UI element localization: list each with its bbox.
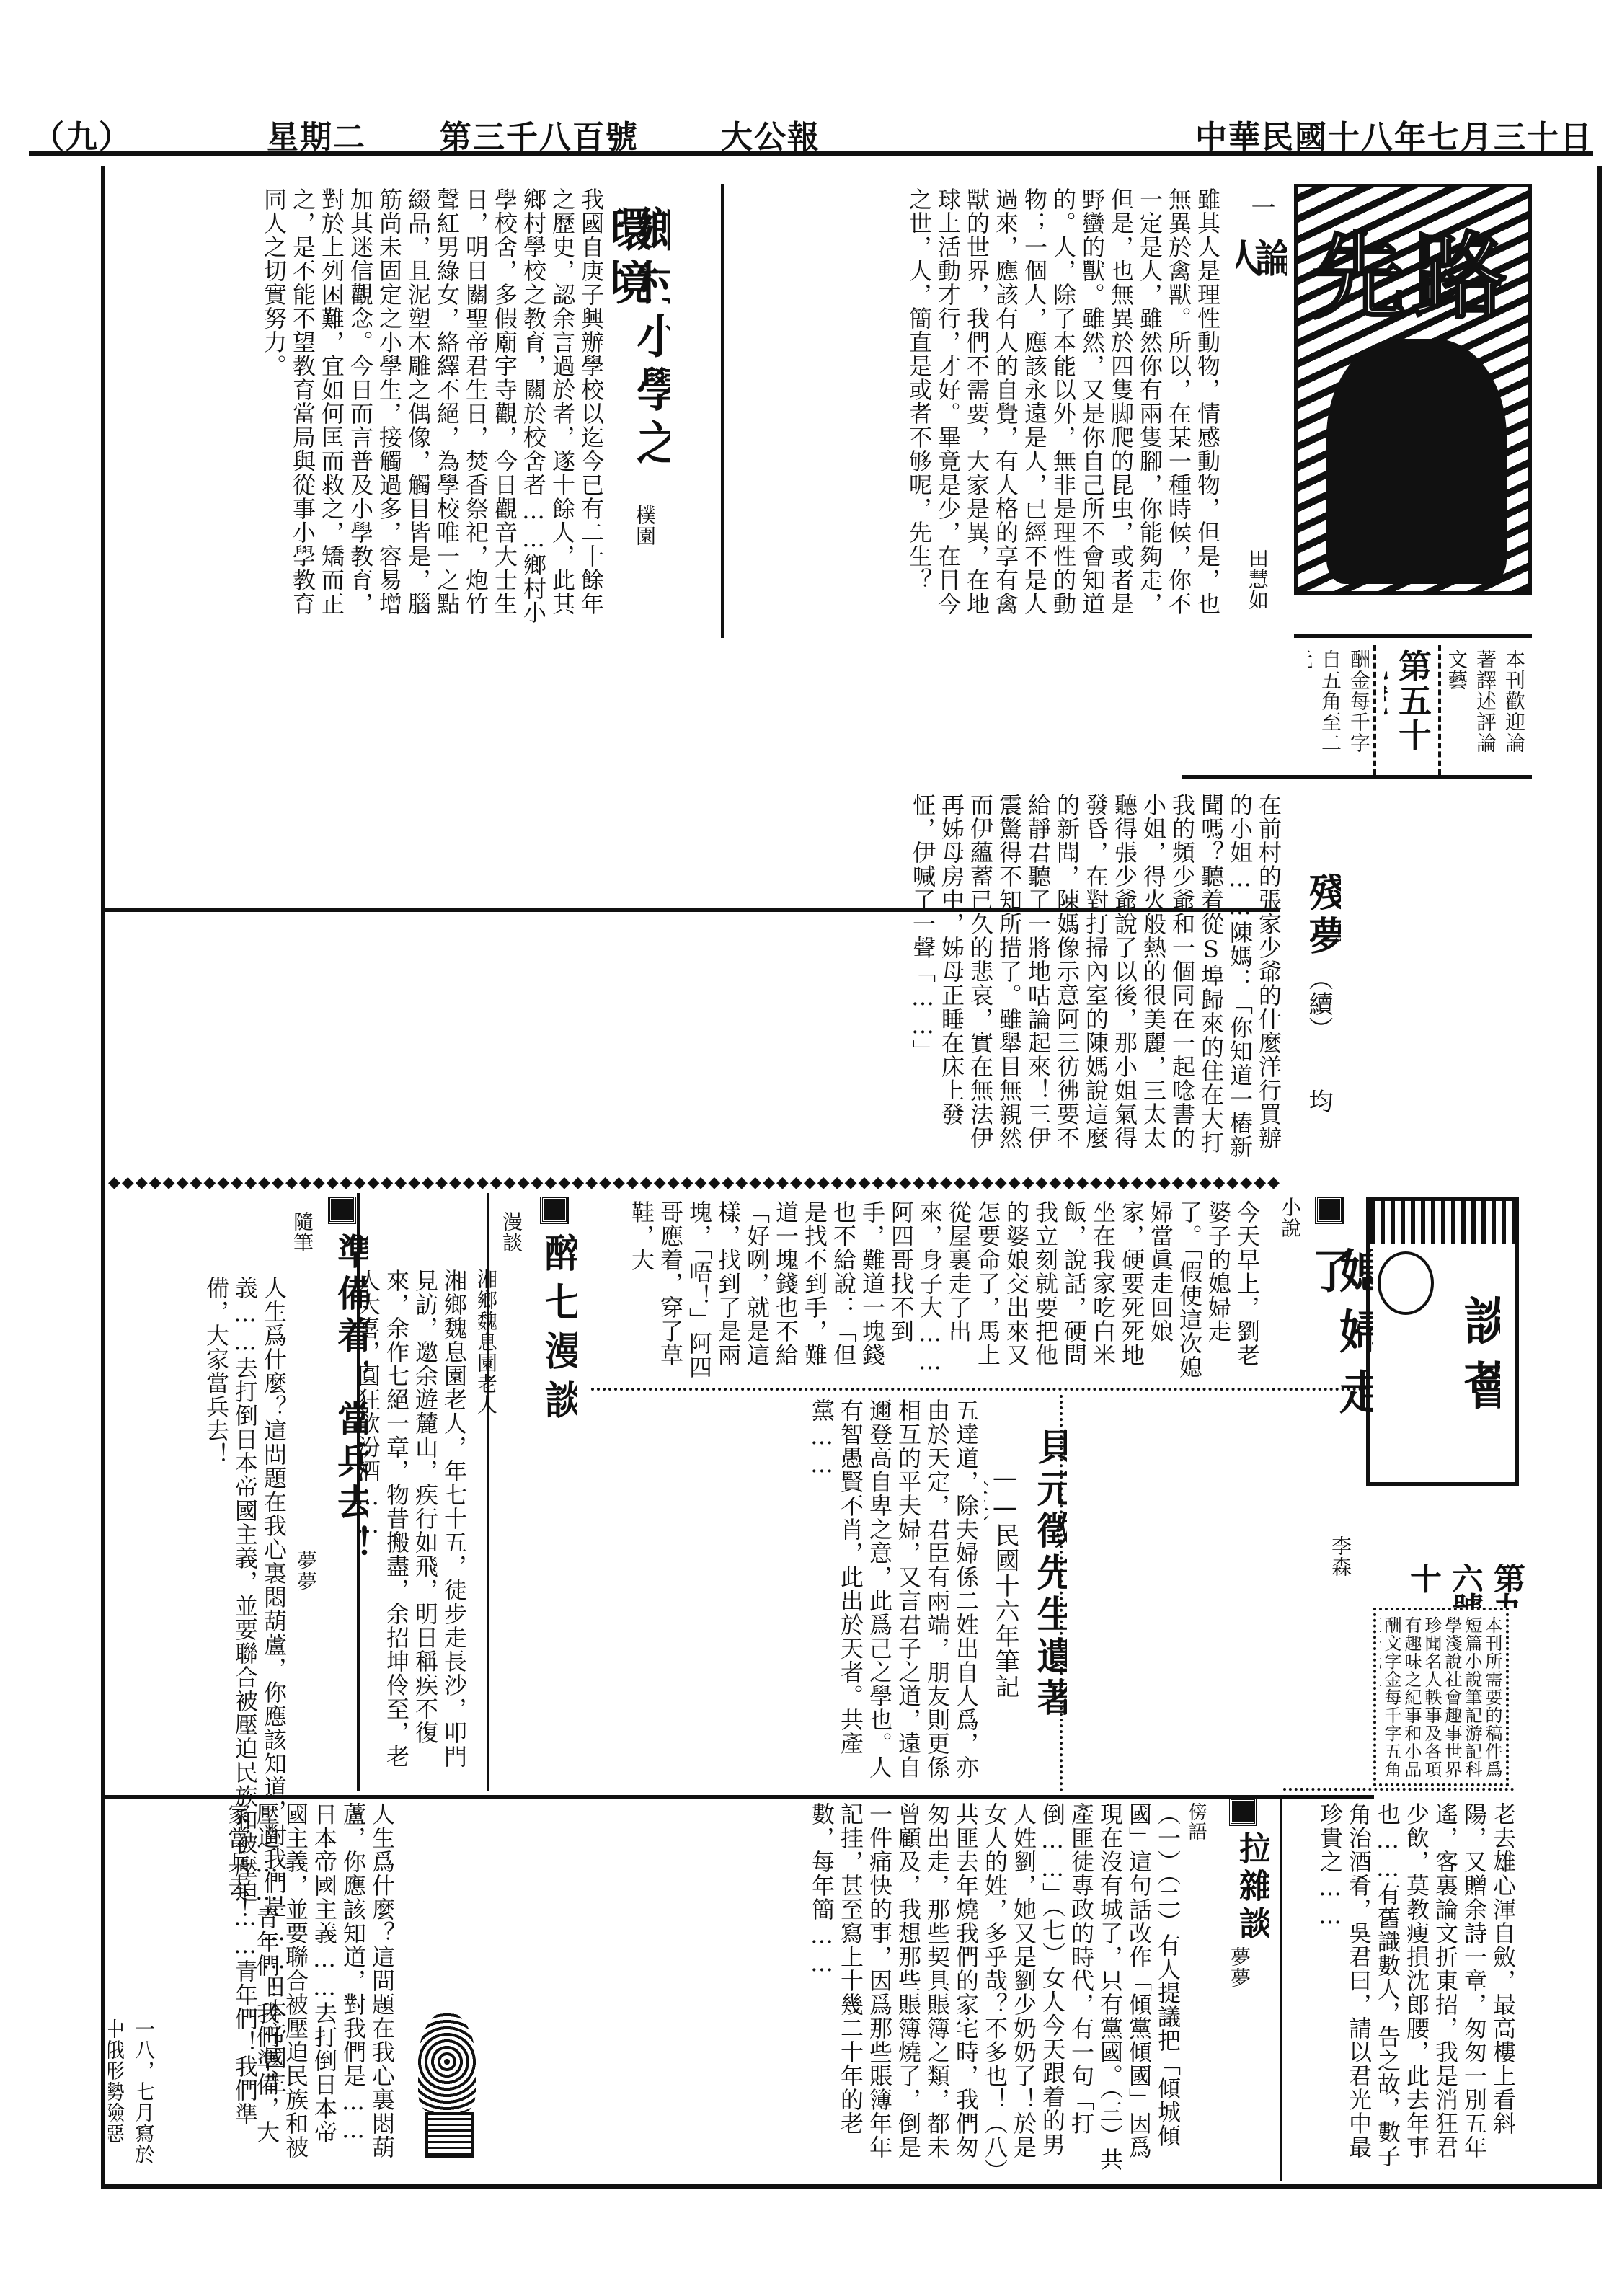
- weekday: 星期二: [267, 111, 366, 157]
- section-label: 隨筆: [288, 1211, 317, 1283]
- author-byline: 夢夢: [292, 1550, 321, 1622]
- author-byline: 夢夢: [1226, 1946, 1254, 2004]
- section-label: 傍語: [1182, 1802, 1211, 1860]
- article-body-bei-yuan-zheng: 五達道，除夫婦係二姓出自人爲，亦由於天定，君臣有兩端，朋友則更係相互的平夫婦，又…: [591, 1399, 980, 1788]
- bei-yuan-zheng-title-box: [1060, 1395, 1365, 1791]
- submission-notice-box: 本刊所需要的稿件爲短篇小說筆記游記科學淺說社會趣事世界珍聞名人軼事及各項有趣味之…: [1373, 1608, 1509, 1786]
- section-divider: [105, 1795, 1374, 1799]
- figure-illustration: [1370, 1201, 1515, 1244]
- section-label: 小說: [1269, 1197, 1305, 1283]
- section-tag-xiaoshuo: [1308, 1197, 1344, 1240]
- xianlu-art-title: 先路: [1312, 202, 1514, 337]
- divider: [1283, 1788, 1514, 1791]
- article-body-xifu-zoule: 今天早上，劉老婆子的媳婦走了。「假使這次媳婦當眞走回娘家，硬要死死地坐在我家吃白…: [591, 1200, 1262, 1380]
- article-title-can-meng: 殘夢: [1290, 872, 1341, 966]
- article-subtitle: ——民國十六年筆記（三）: [984, 1463, 1020, 1752]
- section-marker-icon: [329, 1197, 355, 1223]
- issue-number: 第三千八百號: [440, 111, 639, 157]
- plant-pot-decoration: [425, 2112, 474, 2158]
- figure-illustration: [1378, 1251, 1434, 1315]
- section-label: 漫談: [497, 1211, 526, 1283]
- article-title-zui-qi-mantan: 醉七漫談: [526, 1233, 577, 1435]
- article-body-zui-qi-mantan: 湘鄉魏息園老人，年七十五，徒步走長沙，叩門見訪，邀余遊麓山，疾行如飛，明日稱疾不…: [360, 1269, 469, 1788]
- masthead: （九） 星期二 第三千八百號 大公報 中華民國十八年七月三十日: [29, 108, 1593, 156]
- section-marker: [1229, 1799, 1258, 1827]
- article-body-tan-hui: 老去雄心渾自斂，最高樓上看斜陽，又贈余詩一章，匆匆一別五年遙，客裏論文折東招，我…: [1283, 1802, 1517, 2177]
- article-title-zhunbei-dangbing: 準備着，當兵去！: [324, 1233, 368, 1579]
- divider: [721, 184, 724, 638]
- section-marker-icon: [1230, 1799, 1256, 1825]
- section-marker: [533, 1197, 570, 1233]
- continued-label: （續）: [1298, 966, 1334, 1052]
- plant-leaves-decoration: [418, 2011, 476, 2112]
- potted-plant-illustration: [404, 2011, 490, 2155]
- article-body-lun-ren: 雖其人是理性動物，情感動物，但是，也無異於禽獸。所以，在某一種時候，你不一定是人…: [724, 187, 1222, 634]
- page-number: （九）: [32, 111, 132, 157]
- divider: [1280, 1799, 1282, 2181]
- article-title-xiangcun-xiaoxue: 鄉村小學之環境: [613, 205, 670, 494]
- supplement-issue-label: 第五十九號: [1384, 649, 1435, 779]
- article-body-la-zatan: （一）（二）有人提議把「傾城傾國」這句話改作「傾黨傾國」因爲現在沒有城了，只有黨…: [519, 1802, 1182, 2177]
- divider: [591, 1388, 1362, 1391]
- divider: [1294, 634, 1532, 638]
- publication-date: 中華民國十八年七月三十日: [1195, 111, 1593, 157]
- article-body-xiangcun-xiaoxue: 我國自庚子興辦學校以迄今已有二十餘年之歷史，認余言過於者，遂十餘人，此其鄉村學校…: [108, 187, 606, 634]
- article-title-bei-yuan-zheng: 貝元徵先生遺著: [1016, 1427, 1067, 1730]
- author-byline: 田慧如: [1236, 548, 1272, 627]
- supplement-notice-right: 本刊歡迎論著譯述評論文藝: [1449, 649, 1528, 757]
- article-title-lun-ren: 論人: [1236, 238, 1287, 382]
- author-byline: 樸園: [624, 505, 660, 577]
- section-marker: [328, 1197, 357, 1233]
- tan-hui-masthead-art: 談薈: [1366, 1197, 1519, 1486]
- submission-notice: 本刊所需要的稿件爲短篇小說筆記游記科學淺說社會趣事世界珍聞名人軼事及各項有趣味之…: [1380, 1616, 1502, 1778]
- author-byline: 均: [1298, 1089, 1334, 1132]
- divider: [1182, 775, 1532, 779]
- divider: [1373, 645, 1376, 775]
- section-marker-icon: [1316, 1197, 1342, 1223]
- newspaper-title: 大公報: [721, 111, 820, 157]
- article-body-continuation: 人生爲什麼？這問題在我心裏悶葫蘆，你應該知道，對我們是……日本帝國主義……去打倒…: [108, 1802, 396, 2163]
- horse-rider-illustration: [1326, 339, 1507, 584]
- section-marker-icon: [541, 1197, 567, 1223]
- supplement-notice-left: 酬金每千字自五角至二元: [1308, 649, 1373, 757]
- author-byline: 湘鄉魏息園老人: [472, 1269, 501, 1485]
- tan-hui-art-title: 談薈: [1442, 1295, 1500, 1453]
- xianlu-masthead-art: 先路: [1294, 184, 1532, 595]
- article-body-can-meng: 在前村的張家少爺的什麼洋行買辦的小姐……陳媽：「你知道一樁新聞嗎？聽着從S埠歸來…: [108, 793, 1283, 1168]
- divider: [1438, 645, 1441, 775]
- article-number: 一: [1240, 195, 1276, 238]
- tan-hui-issue-label: 第六十九號: [1377, 1564, 1535, 1608]
- diamond-ornament-divider: ◆◆◆◆◆◆◆◆◆◆◆◆◆◆◆◆◆◆◆◆◆◆◆◆◆◆◆◆◆◆◆◆◆◆◆◆◆◆◆◆…: [108, 1175, 1593, 1191]
